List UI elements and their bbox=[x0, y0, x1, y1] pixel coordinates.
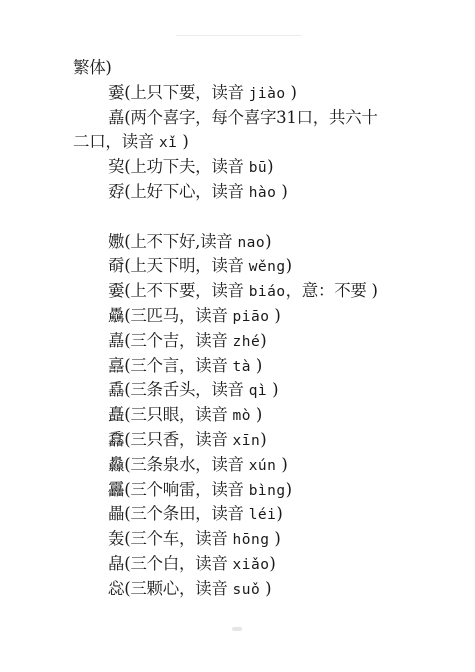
entry-char: 嚞 bbox=[108, 331, 124, 350]
entry-line: 譶(三个言，读音 tà ) bbox=[73, 354, 443, 379]
entry-char: 嫐 bbox=[108, 232, 124, 251]
entry-desc: (三颗心，读音 bbox=[124, 579, 232, 598]
entry-pinyin: xǐ bbox=[159, 135, 177, 151]
entry-line: 矗(三只眼，读音 mò ) bbox=[73, 403, 443, 428]
entry-pinyin: tà bbox=[233, 359, 251, 375]
entry-tail: ) bbox=[269, 554, 275, 573]
entry-tail: ) bbox=[276, 455, 287, 474]
entry-tail: ) bbox=[251, 405, 262, 424]
entry-tail: ) bbox=[265, 232, 271, 251]
entry-pinyin: nao bbox=[237, 235, 265, 251]
entry-desc: (三个车，读音 bbox=[124, 529, 232, 548]
entry-line: 驫(三匹马，读音 piāo ) bbox=[73, 304, 443, 329]
entry-tail: ) bbox=[276, 182, 287, 201]
entry-desc: (上功下夫，读音 bbox=[124, 157, 248, 176]
entry-char: 靐 bbox=[108, 480, 124, 499]
entry-pinyin: biáo bbox=[249, 284, 286, 300]
entry-desc: (上天下明，读音 bbox=[124, 256, 248, 275]
entry-char: 馫 bbox=[108, 430, 124, 449]
section-heading: 繁体) bbox=[73, 56, 443, 81]
entry-desc: (三条泉水，读音 bbox=[124, 455, 248, 474]
entry-tail: ) bbox=[286, 480, 292, 499]
entry-line: 皛(三个白，读音 xiǎo) bbox=[73, 552, 443, 577]
entry-tail: ) bbox=[267, 380, 278, 399]
entry-char: 嫑 bbox=[108, 281, 124, 300]
entry-desc: (三个白，读音 bbox=[124, 554, 232, 573]
entry-line: 嫑(上只下要，读音 jiào ) bbox=[73, 81, 443, 106]
entry-desc: (两个喜字，每个喜字31口，共六十 bbox=[124, 108, 377, 127]
entry-line-continued: 二口，读音 xǐ ) bbox=[73, 130, 443, 155]
entry-line: 嫑(上不下要，读音 biáo，意：不要 ) bbox=[73, 279, 443, 304]
entry-char: 轰 bbox=[108, 529, 124, 548]
entry-line: 畾(三个条田，读音 léi) bbox=[73, 502, 443, 527]
entry-pinyin: mò bbox=[233, 408, 251, 424]
entry-desc: (三匹马，读音 bbox=[124, 306, 232, 325]
entry-line: 靐(三个响雷，读音 bìng) bbox=[73, 478, 443, 503]
entry-char: 皛 bbox=[108, 554, 124, 573]
entry-desc: (三只香，读音 bbox=[124, 430, 232, 449]
entry-desc: (三只眼，读音 bbox=[124, 405, 232, 424]
entry-pinyin: bū bbox=[249, 160, 267, 176]
entry-tail: ) bbox=[269, 529, 280, 548]
entry-char: 奣 bbox=[108, 256, 124, 275]
entry-line: 轰(三个车，读音 hōng ) bbox=[73, 527, 443, 552]
document-body: 繁体) 嫑(上只下要，读音 jiào ) 嚞(两个喜字，每个喜字31口，共六十 … bbox=[73, 56, 443, 602]
entry-pinyin: suǒ bbox=[233, 582, 261, 598]
entry-char: 灥 bbox=[108, 455, 124, 474]
entry-pinyin: wěng bbox=[249, 259, 286, 275]
entry-line: 奣(上天下明，读音 wěng) bbox=[73, 254, 443, 279]
entry-tail: ) bbox=[276, 504, 282, 523]
entry-pinyin: xiǎo bbox=[233, 557, 270, 573]
entry-line: 嚞(三个吉，读音 zhé) bbox=[73, 329, 443, 354]
entry-pinyin: hōng bbox=[233, 532, 270, 548]
entry-pinyin: xún bbox=[249, 458, 277, 474]
entry-line: 巭(上功下夫，读音 bū) bbox=[73, 155, 443, 180]
entry-line: 嚞(两个喜字，每个喜字31口，共六十 bbox=[73, 106, 443, 131]
entry-pinyin: léi bbox=[249, 507, 277, 523]
entry-pinyin: zhé bbox=[233, 334, 261, 350]
entry-line: 舙(三条舌头，读音 qì ) bbox=[73, 378, 443, 403]
entry-tail: ，意：不要 ) bbox=[286, 281, 378, 300]
entry-tail: ) bbox=[260, 579, 271, 598]
entry-char: 孬 bbox=[108, 182, 124, 201]
entry-pinyin: qì bbox=[249, 383, 267, 399]
entry-char: 矗 bbox=[108, 405, 124, 424]
entry-tail: ) bbox=[260, 430, 266, 449]
entry-desc: (上不下好,读音 bbox=[124, 232, 237, 251]
entry-char: 驫 bbox=[108, 306, 124, 325]
entry-tail: ) bbox=[286, 83, 297, 102]
blank-line bbox=[73, 205, 443, 230]
page-number-mark bbox=[232, 627, 242, 631]
entry-char: 畾 bbox=[108, 504, 124, 523]
entry-char: 舙 bbox=[108, 380, 124, 399]
entry-line: 惢(三颗心，读音 suǒ ) bbox=[73, 577, 443, 602]
entry-desc: (三条舌头，读音 bbox=[124, 380, 248, 399]
entry-char: 嚞 bbox=[108, 108, 124, 127]
entry-desc: (三个言，读音 bbox=[124, 356, 232, 375]
entry-desc: (三个响雷，读音 bbox=[124, 480, 248, 499]
entry-char: 惢 bbox=[108, 579, 124, 598]
entry-pinyin: piāo bbox=[233, 309, 270, 325]
entry-line: 馫(三只香，读音 xīn) bbox=[73, 428, 443, 453]
entry-desc: (三个吉，读音 bbox=[124, 331, 232, 350]
entry-line: 灥(三条泉水，读音 xún ) bbox=[73, 453, 443, 478]
entry-tail: ) bbox=[286, 256, 292, 275]
entry-pinyin: jiào bbox=[249, 86, 286, 102]
entry-tail: ) bbox=[177, 132, 188, 151]
entry-char: 巭 bbox=[108, 157, 124, 176]
entry-pinyin: xīn bbox=[233, 433, 261, 449]
entry-desc: (上好下心，读音 bbox=[124, 182, 248, 201]
entry-line: 孬(上好下心，读音 hào ) bbox=[73, 180, 443, 205]
entry-tail: ) bbox=[269, 306, 280, 325]
entry-pinyin: hào bbox=[249, 185, 277, 201]
entry-char: 嫑 bbox=[108, 83, 124, 102]
entry-desc: (上不下要，读音 bbox=[124, 281, 248, 300]
entry-tail: ) bbox=[260, 331, 266, 350]
entry-pinyin: bìng bbox=[249, 483, 286, 499]
entry-desc: (上只下要，读音 bbox=[124, 83, 248, 102]
entry-line: 嫐(上不下好,读音 nao) bbox=[73, 230, 443, 255]
entry-char: 譶 bbox=[108, 356, 124, 375]
entry-desc: 二口，读音 bbox=[73, 132, 159, 151]
header-rule bbox=[176, 35, 302, 36]
entry-tail: ) bbox=[251, 356, 262, 375]
entry-desc: (三个条田，读音 bbox=[124, 504, 248, 523]
entry-tail: ) bbox=[267, 157, 273, 176]
